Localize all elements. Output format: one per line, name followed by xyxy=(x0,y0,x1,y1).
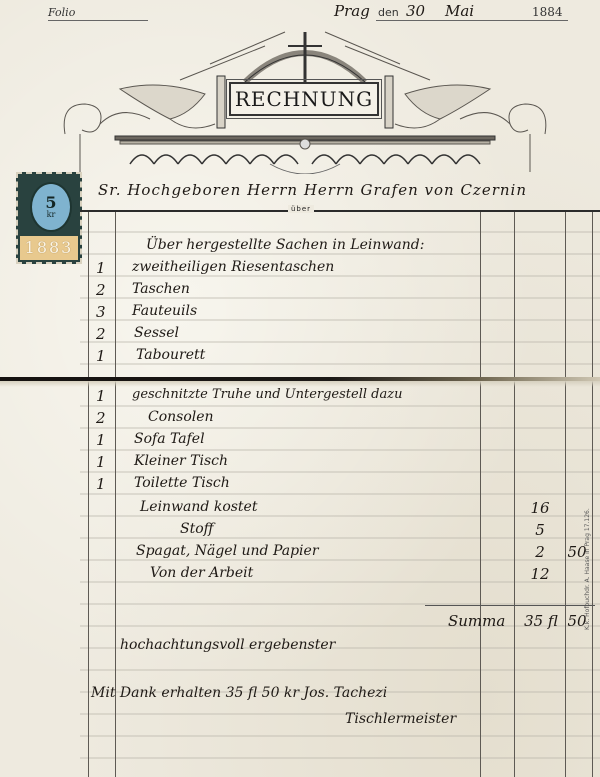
table-row: Stoff 5 xyxy=(0,521,600,543)
item-qty: 1 xyxy=(96,387,106,405)
table-row: 2 Consolen xyxy=(0,409,600,431)
item-description: Von der Arbeit xyxy=(150,565,253,581)
item-fl: 2 xyxy=(520,543,560,561)
table-row: Von der Arbeit 12 xyxy=(0,565,600,587)
item-qty: 3 xyxy=(96,303,106,321)
place: Prag xyxy=(334,2,370,20)
table-row: 1 zweitheiligen Riesentaschen xyxy=(0,259,600,281)
item-fl: 5 xyxy=(520,521,560,539)
item-description: Sessel xyxy=(134,325,179,341)
date-year: 1884 xyxy=(532,5,563,19)
item-description: Stoff xyxy=(180,521,214,537)
item-qty: 1 xyxy=(96,431,106,449)
date-line xyxy=(376,20,568,21)
den-label: den xyxy=(378,6,399,19)
invoice-heading: Über hergestellte Sachen in Leinwand: xyxy=(146,237,424,253)
item-description: geschnitzte Truhe und Untergestell dazu xyxy=(132,387,402,402)
item-description: Kleiner Tisch xyxy=(134,453,228,469)
item-fl: 12 xyxy=(520,565,560,583)
table-row: 1 Kleiner Tisch xyxy=(0,453,600,475)
sum-line xyxy=(425,605,595,606)
folio-line xyxy=(48,20,148,21)
table-row: Spagat, Nägel und Papier 2 50 xyxy=(0,543,600,565)
item-description: Consolen xyxy=(148,409,214,425)
item-qty: 1 xyxy=(96,475,106,493)
item-qty: 2 xyxy=(96,325,106,343)
table-row: Leinwand kostet 16 xyxy=(0,499,600,521)
table-row: 1 Tabourett xyxy=(0,347,600,369)
item-description: Taschen xyxy=(132,281,190,297)
receipt-line: Mit Dank erhalten 35 fl 50 kr Jos. Tache… xyxy=(91,685,387,701)
item-description: Fauteuils xyxy=(132,303,197,319)
item-qty: 1 xyxy=(96,347,106,365)
item-fl: 16 xyxy=(520,499,560,517)
item-description: Tabourett xyxy=(136,347,205,363)
item-qty: 1 xyxy=(96,453,106,471)
closing-line: hochachtungsvoll ergebenster xyxy=(120,637,335,653)
item-qty: 1 xyxy=(96,259,106,277)
sum-label: Summa xyxy=(448,612,505,630)
stamp-value: 5 xyxy=(45,195,56,210)
table-row: 2 Taschen xyxy=(0,281,600,303)
table-row: 1 geschnitzte Truhe und Untergestell daz… xyxy=(0,387,600,409)
signature-title: Tischlermeister xyxy=(345,711,456,727)
item-description: Spagat, Nägel und Papier xyxy=(136,543,319,559)
recipient: Sr. Hochgeboren Herrn Herrn Grafen von C… xyxy=(98,181,527,199)
document-title: RECHNUNG xyxy=(235,87,373,111)
title-box: RECHNUNG xyxy=(229,82,379,116)
printer-imprint: K.k. Hofbuchdr. A. Haase in Prag 17.126. xyxy=(584,508,591,630)
item-description: Sofa Tafel xyxy=(134,431,205,447)
item-qty: 2 xyxy=(96,409,106,427)
table-row: 1 Toilette Tisch xyxy=(0,475,600,497)
table-row: 1 Sofa Tafel xyxy=(0,431,600,453)
table-row: 2 Sessel xyxy=(0,325,600,347)
sum-fl: 35 fl xyxy=(520,612,562,630)
item-description: Toilette Tisch xyxy=(134,475,230,491)
invoice-heading-row: Über hergestellte Sachen in Leinwand: xyxy=(0,237,600,259)
date-day: 30 xyxy=(406,2,425,20)
folio-label: Folio xyxy=(48,6,75,19)
date-month: Mai xyxy=(445,2,474,20)
item-description: zweitheiligen Riesentaschen xyxy=(132,259,334,275)
invoice-paper: Folio Prag den 30 Mai 1884 xyxy=(0,0,600,777)
item-qty: 2 xyxy=(96,281,106,299)
item-description: Leinwand kostet xyxy=(140,499,257,515)
table-row: 3 Fauteuils xyxy=(0,303,600,325)
